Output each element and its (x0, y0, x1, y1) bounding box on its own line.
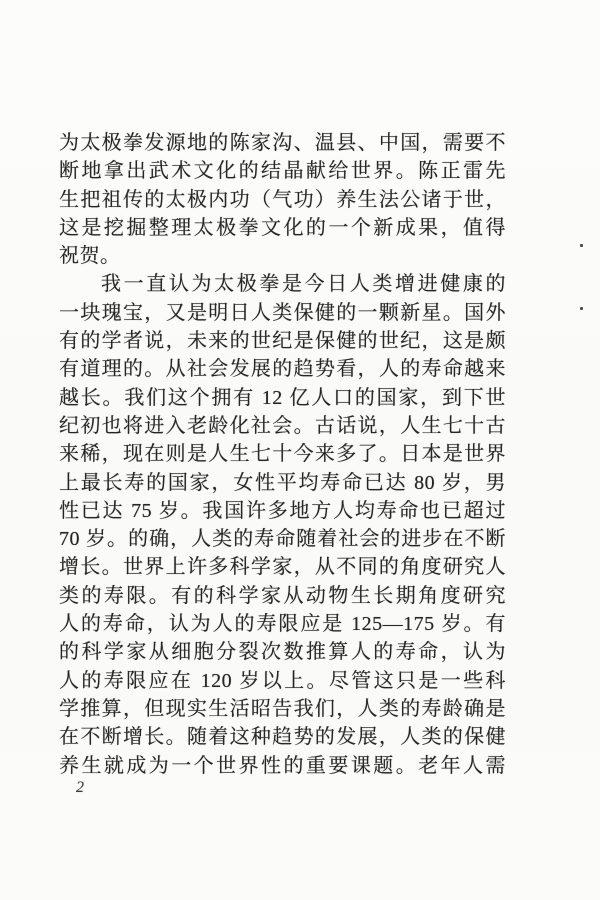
book-page: 为太极拳发源地的陈家沟、温县、中国，需要不断地拿出武术文化的结晶献给世界。陈正雷… (0, 0, 600, 900)
text-line: 上最长寿的国家，女性平均寿命已达 80 岁，男 (59, 469, 506, 497)
text-line: 养生就成为一个世界性的重要课题。老年人需 (59, 752, 506, 780)
text-block: 为太极拳发源地的陈家沟、温县、中国，需要不断地拿出武术文化的结晶献给世界。陈正雷… (59, 129, 506, 780)
text-line: 生把祖传的太极内功（气功）养生法公诸于世， (59, 186, 506, 214)
text-line: 来稀，现在则是人生七十今来多了。日本是世界 (59, 440, 506, 468)
text-line: 人的寿限应在 120 岁以上。尽管这只是一些科 (59, 667, 506, 695)
text-line: 性已达 75 岁。我国许多地方人均寿命也已超过 (59, 497, 506, 525)
text-line: 我一直认为太极拳是今日人类增进健康的 (59, 270, 506, 298)
page-number: 2 (76, 778, 84, 798)
text-line: 一块瑰宝，又是明日人类保健的一颗新星。国外 (59, 299, 506, 327)
text-line: 学推算，但现实生活昭告我们，人类的寿龄确是 (59, 695, 506, 723)
scan-speck (580, 244, 583, 247)
text-line: 人的寿命，认为人的寿限应是 125—175 岁。有 (59, 610, 506, 638)
text-line: 有道理的。从社会发展的趋势看，人的寿命越来 (59, 355, 506, 383)
text-line: 的科学家从细胞分裂次数推算人的寿命，认为 (59, 638, 506, 666)
text-line: 越长。我们这个拥有 12 亿人口的国家，到下世 (59, 384, 506, 412)
text-line: 70 岁。的确，人类的寿命随着社会的进步在不断 (59, 525, 506, 553)
text-line: 增长。世界上许多科学家，从不同的角度研究人 (59, 553, 506, 581)
scan-speck (580, 307, 583, 310)
text-line: 为太极拳发源地的陈家沟、温县、中国，需要不 (59, 129, 506, 157)
text-line: 纪初也将进入老龄化社会。古话说，人生七十古 (59, 412, 506, 440)
text-line: 祝贺。 (59, 242, 506, 270)
text-line: 有的学者说，未来的世纪是保健的世纪，这是颇 (59, 327, 506, 355)
text-line: 在不断增长。随着这种趋势的发展，人类的保健 (59, 723, 506, 751)
text-line: 这是挖掘整理太极拳文化的一个新成果，值得 (59, 214, 506, 242)
text-line: 类的寿限。有的科学家从动物生长期角度研究 (59, 582, 506, 610)
text-line: 断地拿出武术文化的结晶献给世界。陈正雷先 (59, 157, 506, 185)
